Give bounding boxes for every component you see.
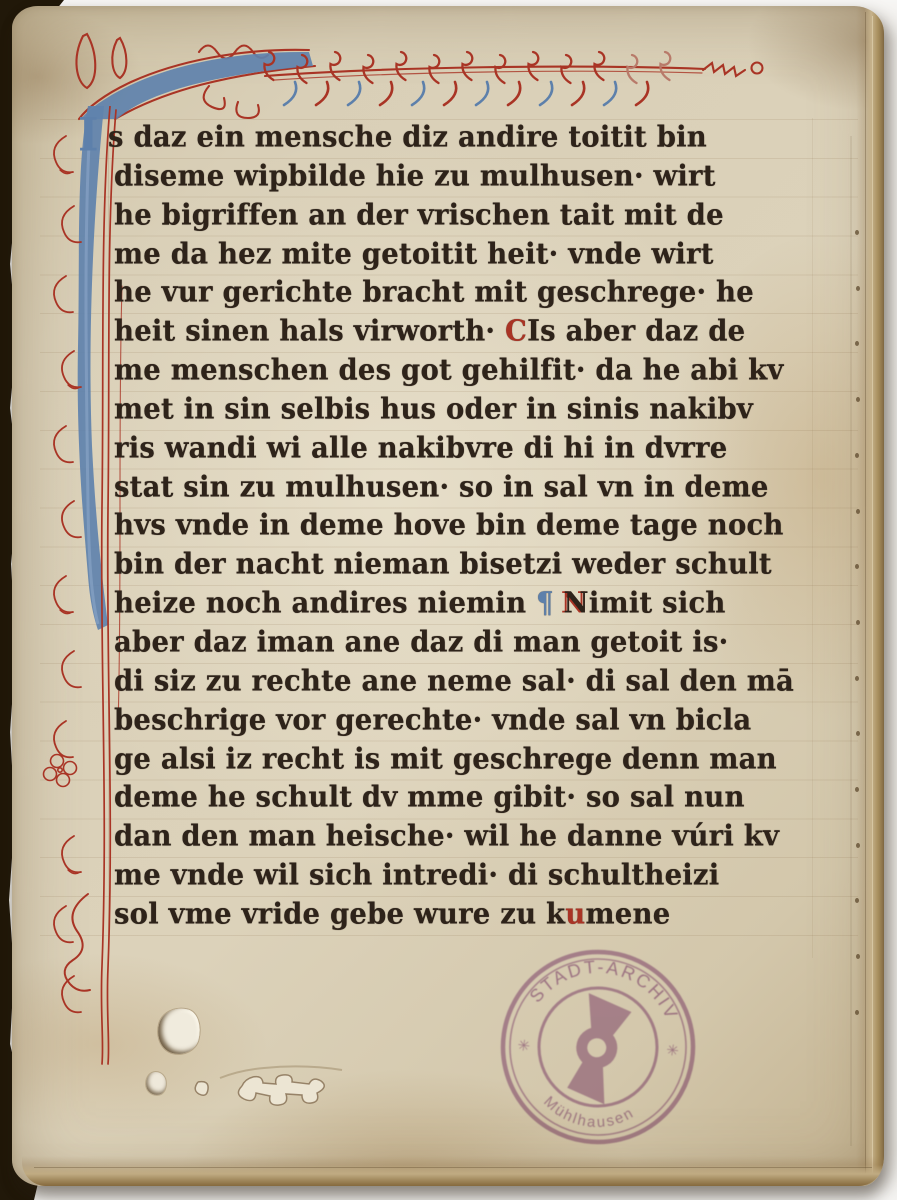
text-segment: stat sin zu mulhusen· so in sal vn in de… [114,470,769,503]
text-line-12: bin der nacht nieman bisetzi weder schul… [114,545,820,585]
text-segment: diseme wipbilde hie zu mulhusen· wirt [114,159,716,192]
flourish-leaf-top [660,52,670,80]
text-segment: C [505,315,527,348]
text-segment: I [78,120,108,151]
text-segment: ge alsi iz recht is mit geschrege denn m… [114,742,777,775]
flourish-leaf-top [495,55,505,83]
wormhole-large [153,1004,205,1059]
flourish-leaf-bottom [604,82,616,105]
top-border-flourish [57,24,787,124]
text-line-13: heize noch andires niemin ¶ Nimit sich [114,583,820,623]
flourish-loop-left2 [112,38,126,78]
stamp-emblem [564,993,634,1105]
flourish-leaf-bottom [572,82,584,105]
text-segment: dan den man heische· wil he danne vúri k… [114,820,779,853]
text-line-1: Is daz ein mensche diz andire toitit bin [114,117,820,157]
border-curl [62,206,81,242]
flourish-leaf-bottom [316,82,328,105]
flourish-leaf-top [396,52,406,80]
flourish-leaf-bottom [348,82,360,105]
text-segment: heize noch andires niemin [114,586,536,619]
text-segment: hvs vnde in deme hove bin deme tage noch [114,509,784,542]
flourish-leaf-bottom [412,82,424,105]
text-line-9: ris wandi wi alle nakibvre di hi in dvrr… [114,428,820,468]
flourish-leaf-bottom [380,82,392,105]
text-segment: met in sin selbis hus oder in sinis naki… [114,392,753,425]
stamp-star-right: ✳ [665,1041,680,1061]
archive-stamp: STADT-ARCHIV Mühlhausen ✳ ✳ [496,943,700,1151]
stamp-star-left: ✳ [516,1036,531,1056]
text-line-6: heit sinen hals virworth· CIs aber daz d… [114,311,820,351]
erasure-marks [190,1056,360,1108]
border-curl [54,576,73,612]
flourish-leaf-bottom [636,82,648,105]
text-segment: deme he schult dv mme gibit· so sal nun [114,781,745,814]
flourish-leaf-top [330,52,340,80]
border-curl [62,651,81,687]
pricking-mark [855,787,859,792]
text-segment: ris wandi wi alle nakibvre di hi in dvrr… [114,431,727,464]
text-segment: u [565,897,585,930]
border-curl [54,426,73,462]
text-segment: me da hez mite getoitit heit· vnde wirt [114,237,714,270]
text-segment: me menschen des got gehilfit· da he abi … [114,353,784,386]
text-line-10: stat sin zu mulhusen· so in sal vn in de… [114,467,820,507]
text-segment: imit sich [589,586,726,619]
text-segment: he vur gerichte bracht mit geschrege· he [114,276,754,309]
text-segment: aber daz iman ane daz di man getoit is· [114,625,728,658]
text-segment: ¶ [536,586,554,619]
border-curl [62,976,81,1012]
pricking-mark [856,843,860,848]
text-segment: me vnde wil sich intredi· di schultheizi [114,858,719,891]
flourish-leaf-top [462,52,472,80]
border-curl [54,721,73,757]
pricking-mark [856,509,860,514]
text-line-14: aber daz iman ane daz di man getoit is· [114,622,820,662]
text-block: Is daz ein mensche diz andire toitit bin… [114,118,820,934]
flourish-leaf-bottom [540,82,552,105]
border-curl [54,136,73,172]
erasure-blob-b [238,1075,324,1105]
text-line-17: ge alsi iz recht is mit geschrege denn m… [114,739,820,779]
border-curl [54,276,73,312]
border-curl [62,836,81,872]
text-line-18: deme he schult dv mme gibit· so sal nun [114,778,820,818]
text-segment: N [564,586,589,619]
flourish-leaf-top [363,55,373,83]
text-segment: sol vme vride gebe wure zu k [114,897,565,930]
photo-frame: Is daz ein mensche diz andire toitit bin… [0,0,897,1200]
text-line-16: beschrige vor gerechte· vnde sal vn bicl… [114,700,820,740]
text-segment: mene [586,897,671,930]
parchment-page: Is daz ein mensche diz andire toitit bin… [12,6,884,1186]
pricking-mark [856,286,860,291]
text-line-20: me vnde wil sich intredi· di schultheizi [114,855,820,895]
flourish-leaf-top [561,55,571,83]
flourish-leaf-bottom [476,82,488,105]
text-line-2: diseme wipbilde hie zu mulhusen· wirt [114,156,820,196]
border-curl [54,906,73,942]
text-line-19: dan den man heische· wil he danne vúri k… [114,816,820,856]
text-line-11: hvs vnde in deme hove bin deme tage noch [114,506,820,546]
text-line-4: me da hez mite getoitit heit· vnde wirt [114,234,820,274]
border-curl [62,501,81,537]
text-line-7: me menschen des got gehilfit· da he abi … [114,350,820,390]
erasure-blob-a [195,1082,208,1096]
flourish-knot [204,86,259,118]
text-segment: bin der nacht nieman bisetzi weder schul… [114,548,772,581]
text-line-21: sol vme vride gebe wure zu kumene [114,894,820,934]
pricking-mark [855,676,859,681]
text-line-3: he bigriffen an der vrischen tait mit de [114,195,820,235]
text-segment: Is aber daz de [527,315,745,348]
wormhole-small [144,1070,168,1096]
pricking-mark [855,1010,859,1015]
crease-line [850,136,852,1146]
pricking-mark [856,620,860,625]
text-line-8: met in sin selbis hus oder in sinis naki… [114,389,820,429]
pricking-mark [855,453,859,458]
flourish-tail-zigzag [703,63,745,76]
flourish-terminal-ring [752,63,763,74]
pricking-mark [855,230,859,235]
text-line-5: he vur gerichte bracht mit geschrege· he [114,273,820,313]
text-segment: he bigriffen an der vrischen tait mit de [114,198,724,231]
flourish-leaf-top [627,55,637,83]
page-stack-edge-bottom [22,1156,884,1186]
border-flower [44,755,77,787]
text-segment: di siz zu rechte ane neme sal· di sal de… [114,664,794,697]
text-segment: s daz ein mensche diz andire toitit bin [108,120,707,153]
flourish-leaf-bottom [284,82,296,105]
page-stack-edge-right [856,6,884,1186]
flourish-leaf-bottom [508,82,520,105]
flourish-loop-left [76,34,95,88]
flourish-leaf-bottom [444,82,456,105]
text-segment [554,586,564,619]
text-segment: heit sinen hals virworth· [114,315,505,348]
text-segment: beschrige vor gerechte· vnde sal vn bicl… [114,703,751,736]
text-line-15: di siz zu rechte ane neme sal· di sal de… [114,661,820,701]
